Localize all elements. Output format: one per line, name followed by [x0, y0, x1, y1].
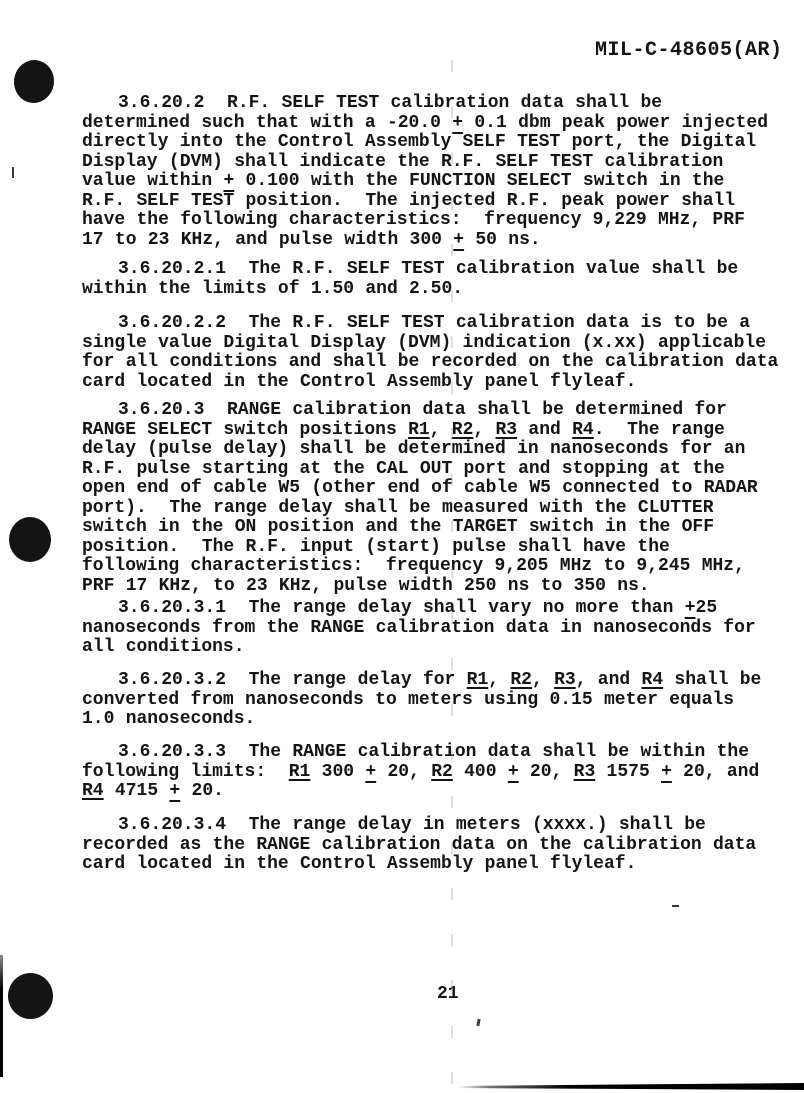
hole-punch-mark-top	[11, 57, 57, 105]
paragraph-3-6-20-2-1: 3.6.20.2.1 The R.F. SELF TEST calibratio…	[82, 260, 790, 299]
scan-edge-mark	[0, 955, 3, 1077]
hole-punch-mark-bottom	[8, 973, 53, 1019]
page-number: 21	[437, 984, 459, 1004]
document-page: MIL-C-48605(AR) 3.6.20.2 R.F. SELF TEST …	[0, 0, 804, 1093]
paragraph-3-6-20-2: 3.6.20.2 R.F. SELF TEST calibration data…	[82, 94, 790, 250]
paragraph-3-6-20-3-4: 3.6.20.3.4 The range delay in meters (xx…	[82, 816, 790, 875]
paragraph-3-6-20-2-2: 3.6.20.2.2 The R.F. SELF TEST calibratio…	[82, 314, 790, 392]
hole-punch-mark-middle	[9, 517, 51, 562]
scan-fold-line	[451, 60, 453, 1090]
paragraph-3-6-20-3: 3.6.20.3 RANGE calibration data shall be…	[82, 401, 790, 596]
doc-number: MIL-C-48605(AR)	[595, 39, 783, 62]
scan-speck	[476, 1019, 480, 1026]
paragraph-3-6-20-3-2: 3.6.20.3.2 The range delay for R1, R2, R…	[82, 671, 790, 730]
paragraph-3-6-20-3-1: 3.6.20.3.1 The range delay shall vary no…	[82, 599, 790, 658]
scan-bottom-bar	[458, 1083, 804, 1090]
scan-speck	[12, 167, 14, 178]
scan-speck	[672, 905, 679, 907]
paragraph-3-6-20-3-3: 3.6.20.3.3 The RANGE calibration data sh…	[82, 743, 790, 802]
